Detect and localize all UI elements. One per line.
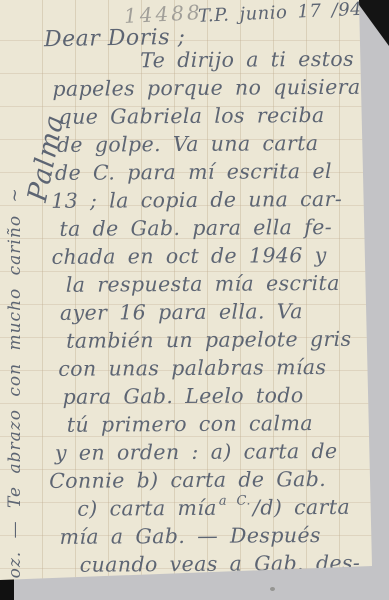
handwriting-line: ta de Gab. para ella fe- [59, 215, 361, 245]
handwriting-line: chada en oct de 1946 y [52, 243, 362, 273]
handwriting-line: cuando veas a Gab. des- [80, 551, 364, 581]
handwriting-line: que Gabriela los reciba [59, 103, 361, 133]
handwriting-line: la respuesta mía escrita [66, 271, 362, 301]
handwriting-line: con unas palabras mías [58, 355, 362, 385]
handwriting-line: Te dirijo a ti estos [140, 47, 360, 77]
handwriting-line: papeles porque no quisiera [52, 75, 360, 105]
scanned-letter: 14488 T.P. junio 17 /949 Dear Doris ; Te… [0, 0, 389, 600]
handwriting-line: ayer 16 para ella. Va [60, 299, 362, 329]
smudge [270, 587, 275, 591]
handwriting-line: tú primero con calma [67, 411, 363, 441]
handwriting-line: y en orden : a) carta de [55, 439, 363, 469]
handwriting-line: de golpe. Va una carta [57, 131, 361, 161]
handwriting-line: también un papelote gris [66, 327, 362, 357]
letter-page: 14488 T.P. junio 17 /949 Dear Doris ; Te… [0, 0, 378, 586]
margin-closing: voz. — Te abrazo con mucho cariño ~ [5, 169, 25, 589]
catalog-number: 14488 [123, 0, 203, 28]
handwriting-line: Connie b) carta de Gab. [49, 467, 363, 497]
line-text-pre: c) carta mía [77, 496, 217, 521]
insertion-superscript: a C. [219, 494, 251, 509]
handwriting-line-with-insertion: c) carta míaa C./d) carta [77, 495, 363, 525]
handwriting-line: de C. para mí escrita el [55, 159, 361, 189]
handwriting-line: para Gab. Leelo todo [62, 383, 362, 413]
dateline: T.P. junio 17 /949 [198, 0, 375, 27]
line-text-post: /d) carta [253, 495, 350, 520]
handwriting-line: mía a Gab. — Después [59, 523, 363, 553]
handwriting-line: 13 ; la copia de una car- [51, 187, 361, 217]
